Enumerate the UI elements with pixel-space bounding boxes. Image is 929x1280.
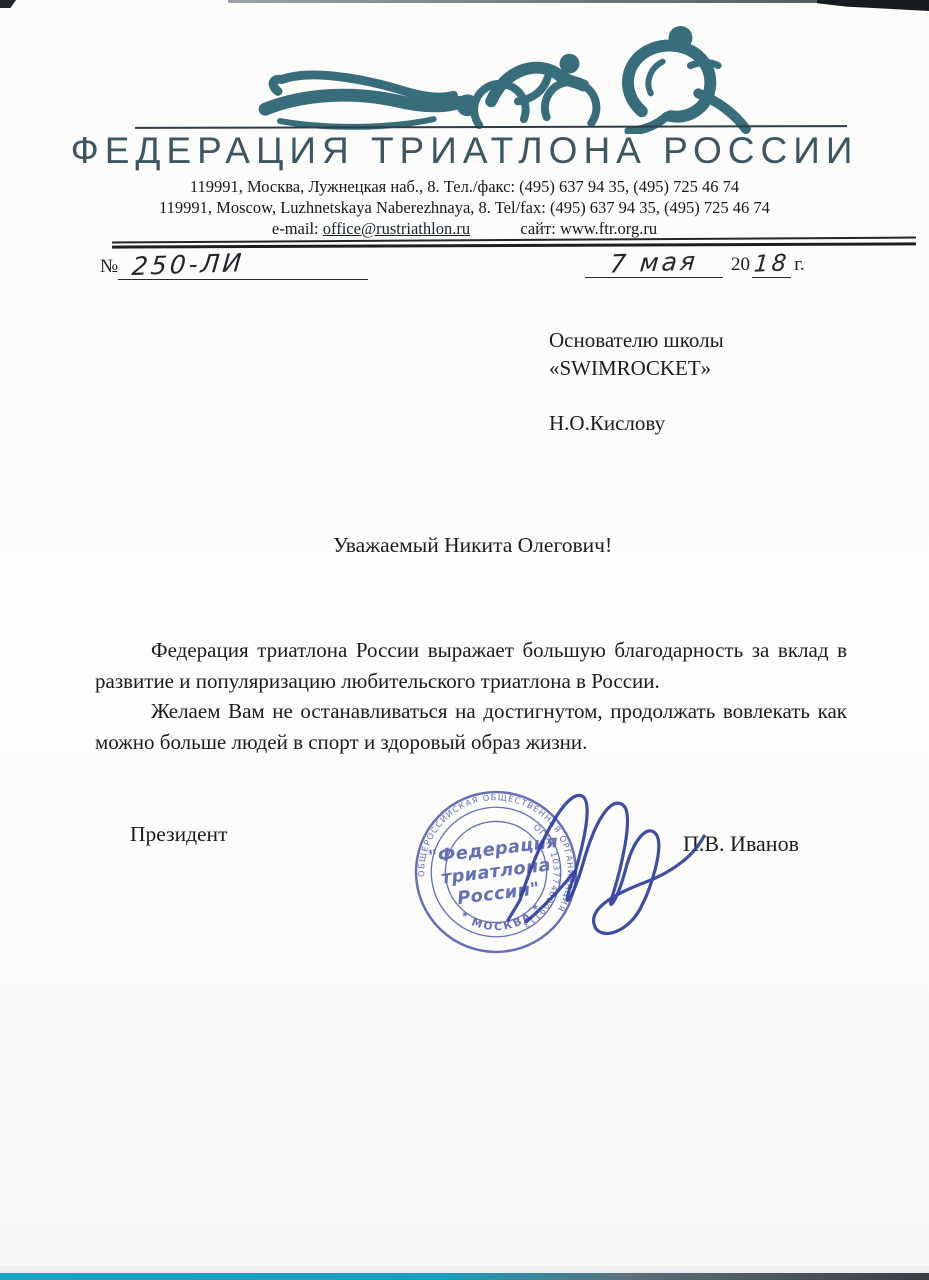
scan-artifact-top-left (0, 0, 16, 8)
handwritten-number: 250-ЛИ (131, 248, 246, 281)
contact-line: e-mail: office@rustriathlon.ru сайт: www… (0, 219, 929, 239)
year-prefix: 20 (723, 254, 752, 278)
runner-icon (628, 26, 746, 131)
addressee-block: Основателю школы «SWIMROCKET» Н.О.Кислов… (549, 326, 724, 437)
addressee-school: «SWIMROCKET» (549, 354, 724, 382)
cyclist-icon (474, 54, 596, 125)
reference-number: № 250-ЛИ (100, 250, 368, 280)
address-english: 119991, Moscow, Luzhnetskaya Naberezhnay… (0, 198, 929, 218)
year-suffix: г. (791, 254, 804, 278)
paragraph-wishes: Желаем Вам не останавливаться на достигн… (95, 696, 847, 757)
handwritten-year: 18 (753, 250, 791, 277)
date-line: 7 мая (585, 248, 723, 278)
scan-artifact-bottom-shadow (0, 1266, 929, 1273)
addressee-name: Н.О.Кислову (549, 409, 724, 437)
site-address: www.ftr.org.ru (560, 219, 657, 238)
reference-date: 7 мая 20 18 г. (585, 248, 805, 278)
signer-title: Президент (130, 822, 227, 847)
handwritten-date: 7 мая (609, 246, 700, 278)
organization-title: ФЕДЕРАЦИЯ ТРИАТЛОНА РОССИИ (0, 127, 929, 175)
scanned-letter-page: ФЕДЕРАЦИЯ ТРИАТЛОНА РОССИИ 119991, Москв… (0, 0, 929, 1280)
address-russian: 119991, Москва, Лужнецкая наб., 8. Тел./… (0, 177, 929, 197)
letter-body: Федерация триатлона России выражает боль… (95, 635, 847, 757)
email-label: e-mail: (272, 219, 319, 238)
scan-artifact-top-right (817, 0, 929, 11)
triathlon-logo (248, 20, 768, 134)
year-line: 18 (752, 251, 791, 278)
paragraph-gratitude: Федерация триатлона России выражает боль… (95, 635, 847, 696)
number-sign: № (100, 256, 118, 280)
scan-artifact-bottom-edge (0, 1273, 929, 1280)
addressee-role: Основателю школы (549, 326, 724, 354)
site-label: сайт: (520, 219, 555, 238)
email-address: office@rustriathlon.ru (323, 219, 470, 238)
number-line: 250-ЛИ (118, 250, 368, 280)
salutation: Уважаемый Никита Олегович! (333, 533, 612, 558)
signature-icon (502, 772, 734, 944)
swimmer-icon (265, 75, 478, 127)
